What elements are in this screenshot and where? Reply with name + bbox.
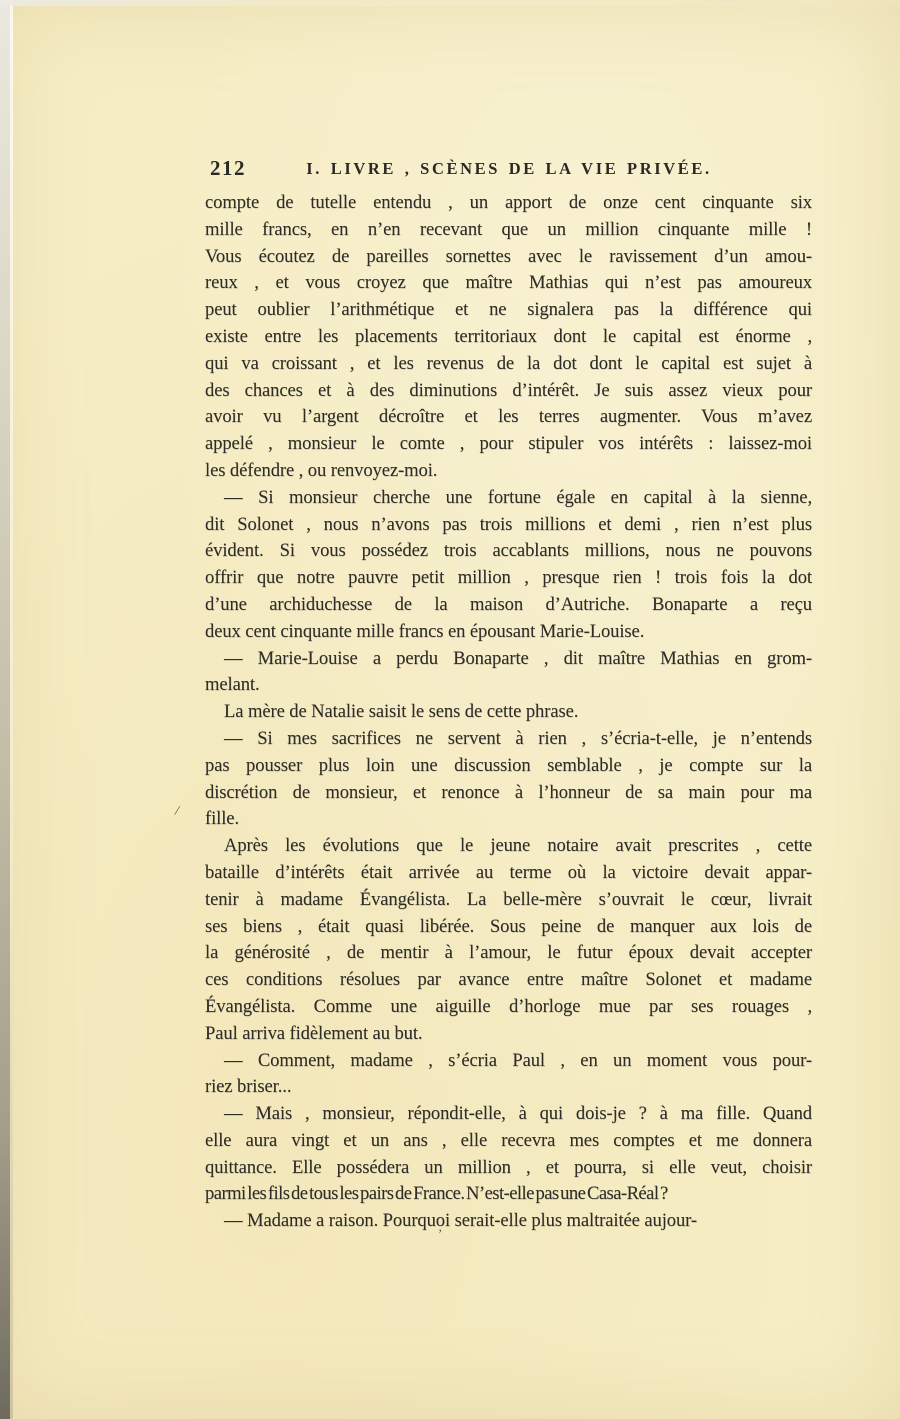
text-line: tenir à madame Évangélista. La belle-mèr… bbox=[205, 887, 812, 914]
text-line: discrétion de monsieur, et renonce à l’h… bbox=[205, 780, 812, 807]
text-line: deux cent cinquante mille francs en épou… bbox=[205, 619, 812, 646]
text-line: fille. bbox=[205, 806, 812, 833]
text-line: ses biens , était quasi libérée. Sous pe… bbox=[205, 914, 812, 941]
text-line: — Madame a raison. Pourquoi serait-elle … bbox=[205, 1208, 812, 1235]
running-head: 212 I. LIVRE , SCÈNES DE LA VIE PRIVÉE. bbox=[206, 156, 812, 184]
text-line: des chances et à des diminutions d’intér… bbox=[205, 378, 812, 405]
page-top-edge bbox=[0, 0, 900, 6]
text-line: — Comment, madame , s’écria Paul , en un… bbox=[205, 1048, 812, 1075]
text-line: riez briser... bbox=[205, 1074, 812, 1101]
text-line: d’une archiduchesse de la maison d’Autri… bbox=[205, 592, 812, 619]
text-line: mille francs, en n’en recevant que un mi… bbox=[205, 217, 812, 244]
text-line: Après les évolutions que le jeune notair… bbox=[205, 833, 812, 860]
text-line: peut oublier l’arithmétique et ne signal… bbox=[205, 297, 812, 324]
body-text: compte de tutelle entendu , un apport de… bbox=[205, 190, 812, 1235]
text-line: dit Solonet , nous n’avons pas trois mil… bbox=[205, 512, 812, 539]
text-line: bataille d’intérêts était arrivée au ter… bbox=[205, 860, 812, 887]
text-line: La mère de Natalie saisit le sens de cet… bbox=[205, 699, 812, 726]
running-title: I. LIVRE , SCÈNES DE LA VIE PRIVÉE. bbox=[206, 159, 812, 179]
text-line: reux , et vous croyez que maître Mathias… bbox=[205, 270, 812, 297]
text-line: parmi les fils de tous les pairs de Fran… bbox=[205, 1181, 812, 1208]
text-line: — Si monsieur cherche une fortune égale … bbox=[205, 485, 812, 512]
page-left-edge-seam bbox=[10, 0, 13, 1419]
scanned-book-page: 212 I. LIVRE , SCÈNES DE LA VIE PRIVÉE. … bbox=[0, 0, 900, 1419]
text-line: ces conditions résolues par avance entre… bbox=[205, 967, 812, 994]
text-line: melant. bbox=[205, 672, 812, 699]
page-left-edge bbox=[0, 0, 10, 1419]
text-line: Vous écoutez de pareilles sornettes avec… bbox=[205, 244, 812, 271]
text-line: la générosité , de mentir à l’amour, le … bbox=[205, 940, 812, 967]
text-line: elle aura vingt et un ans , elle recevra… bbox=[205, 1128, 812, 1155]
footer-stray-mark: ’ bbox=[438, 1226, 442, 1242]
text-line: — Marie-Louise a perdu Bonaparte , dit m… bbox=[205, 646, 812, 673]
text-line: Paul arriva fidèlement au but. bbox=[205, 1021, 812, 1048]
text-line: offrir que notre pauvre petit million , … bbox=[205, 565, 812, 592]
text-line: les défendre , ou renvoyez-moi. bbox=[205, 458, 812, 485]
margin-stray-mark: / bbox=[173, 804, 180, 820]
text-line: pas pousser plus loin une discussion sem… bbox=[205, 753, 812, 780]
text-line: avoir vu l’argent décroître et les terre… bbox=[205, 404, 812, 431]
text-line: existe entre les placements territoriaux… bbox=[205, 324, 812, 351]
text-line: évident. Si vous possédez trois accablan… bbox=[205, 538, 812, 565]
text-line: qui va croissant , et les revenus de la … bbox=[205, 351, 812, 378]
text-line: quittance. Elle possédera un million , e… bbox=[205, 1155, 812, 1182]
text-line: compte de tutelle entendu , un apport de… bbox=[205, 190, 812, 217]
text-line: — Mais , monsieur, répondit-elle, à qui … bbox=[205, 1101, 812, 1128]
text-line: — Si mes sacrifices ne servent à rien , … bbox=[205, 726, 812, 753]
text-line: Évangélista. Comme une aiguille d’horlog… bbox=[205, 994, 812, 1021]
text-line: appelé , monsieur le comte , pour stipul… bbox=[205, 431, 812, 458]
